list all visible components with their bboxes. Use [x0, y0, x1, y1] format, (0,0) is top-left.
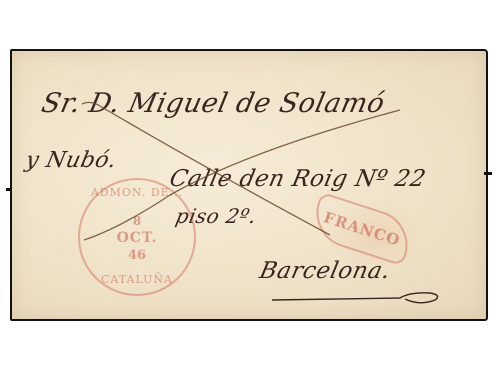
fold-mark-right [484, 172, 492, 175]
address-street: Calle den Roig Nº 22 [167, 166, 428, 192]
underline-flourish-icon [270, 288, 445, 308]
datestamp-year: 46 [80, 248, 194, 263]
circular-datestamp: ADMON. DE... 8 OCT. 46 CATALUÑA [78, 178, 196, 296]
datestamp-ring-bottom: CATALUÑA [80, 273, 194, 286]
franco-text: FRANCO [321, 208, 402, 250]
address-line-1: Sr. D. Miguel de Solamó [39, 88, 388, 119]
address-floor: piso 2º. [173, 204, 258, 228]
fold-mark-left [6, 188, 12, 191]
address-line-2: y Nubó. [23, 148, 119, 173]
datestamp-month: OCT. [80, 230, 194, 246]
address-city: Barcelona. [257, 258, 393, 284]
